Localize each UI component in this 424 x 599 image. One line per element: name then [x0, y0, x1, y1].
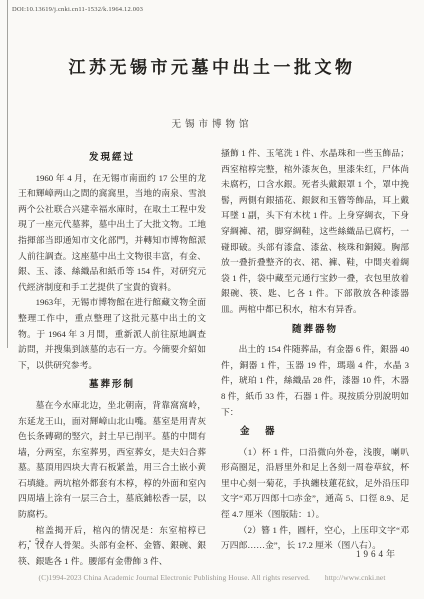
paragraph-tomb-2-continuation: 搔飾 1 件、玉笔洗 1 件、水晶珠和一些玉飾品；西室棺椁完整，棺外漆灰色，里漆…: [221, 146, 409, 318]
footer-copyright: (C)1994-2023 China Academic Journal Elec…: [0, 572, 424, 583]
subsection-heading-gold-objects: 金 器: [221, 425, 409, 441]
page-scan-edge-line: [7, 0, 8, 348]
paragraph-gold-cup: （1）杯 1 件，口沿微向外卷，浅腹，喇叭形高圈足，沿唇里外和足上各刻一周卷草紋…: [221, 445, 409, 523]
page-title: 江苏无锡市元墓中出土一批文物: [0, 53, 424, 78]
section-heading-discovery: 发現經过: [18, 151, 206, 167]
left-column: 发現經过 1960 年 4 月，在无锡市南面约 17 公里的龙王和輝嶂两山之間的…: [18, 146, 206, 569]
paragraph-burial-objects-summary: 出土的 154 件随葬品，有金器 6 件，銀器 40 件，銅器 1 件，玉器 1…: [221, 342, 409, 420]
doi-text: DOI:10.13619/j.cnki.cn11-1532/k.1964.12.…: [12, 6, 143, 13]
article-body: 发現經过 1960 年 4 月，在无锡市南面约 17 公里的龙王和輝嶂两山之間的…: [18, 146, 410, 569]
right-column: 搔飾 1 件、玉笔洗 1 件、水晶珠和一些玉飾品；西室棺椁完整，棺外漆灰色，里漆…: [221, 146, 409, 569]
page-number: ・52・: [26, 536, 54, 547]
journal-year-label: 1964年: [356, 547, 398, 560]
author-name: 无锡市博物馆: [0, 116, 424, 130]
paragraph-tomb-1: 墓在今水庫北边，坐北朝南，背靠窩窩岭，东延龙王山，面对輝嶂山北山嘴。墓室是用青灰…: [18, 398, 206, 523]
section-heading-burial-objects: 随葬器物: [221, 323, 409, 339]
paragraph-discovery-2: 1963年，无锡市博物館在进行館藏文物全面整理工作中，重点整理了这批元墓中出土的…: [18, 295, 206, 373]
section-heading-tomb-structure: 墓葬形制: [18, 378, 206, 394]
paragraph-discovery-1: 1960 年 4 月，在无锡市南面约 17 公里的龙王和輝嶂两山之間的窩窩里，当…: [18, 171, 206, 296]
